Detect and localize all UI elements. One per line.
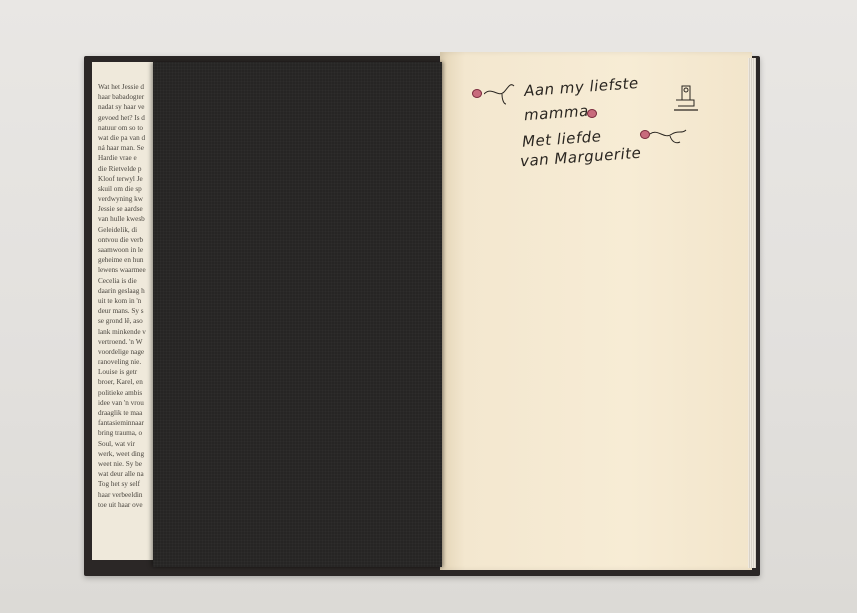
text-line: deur mans. Sy s: [98, 306, 158, 316]
vine-doodle-icon: [650, 126, 690, 148]
text-line: ná haar man. Se: [98, 143, 158, 153]
text-line: nadat sy haar ve: [98, 102, 158, 112]
text-line: skuil om die sp: [98, 184, 158, 194]
text-line: politieke ambis: [98, 388, 158, 398]
text-line: haar verbeeldin: [98, 490, 158, 500]
flower-doodle-icon: [472, 89, 482, 98]
text-line: Soul, wat vir: [98, 439, 158, 449]
text-line: wat deur alle na: [98, 469, 158, 479]
text-line: ranoveling nie.: [98, 357, 158, 367]
flower-doodle-icon: [587, 109, 597, 118]
text-line: voordelige nage: [98, 347, 158, 357]
text-line: Wat het Jessie d: [98, 82, 158, 92]
vine-doodle-icon: [484, 78, 524, 108]
text-line: Jessie se aardse: [98, 204, 158, 214]
text-line: se grond lê, aso: [98, 316, 158, 326]
text-line: Hardie vrae e: [98, 153, 158, 163]
text-line: bring trauma, o: [98, 428, 158, 438]
text-line: draaglik te maa: [98, 408, 158, 418]
text-line: daarin geslaag h: [98, 286, 158, 296]
text-line: gevoed het? Is d: [98, 113, 158, 123]
text-line: Kloof terwyl Je: [98, 174, 158, 184]
text-line: die Rietvelde p: [98, 164, 158, 174]
text-line: idee van 'n vrou: [98, 398, 158, 408]
text-line: geheime en hun: [98, 255, 158, 265]
text-line: Tog het sy self: [98, 479, 158, 489]
left-page-text: Wat het Jessie dhaar babadogternadat sy …: [98, 82, 158, 510]
page-edges: [748, 58, 756, 568]
text-line: Cecelia is die: [98, 276, 158, 286]
text-line: weet nie. Sy be: [98, 459, 158, 469]
flower-doodle-icon: [640, 130, 650, 139]
text-line: van hulle kwesb: [98, 214, 158, 224]
text-line: vertroend. 'n W: [98, 337, 158, 347]
text-line: werk, weet ding: [98, 449, 158, 459]
text-line: saamwoon in le: [98, 245, 158, 255]
text-line: Louise is getr: [98, 367, 158, 377]
text-line: broer, Karel, en: [98, 377, 158, 387]
text-line: verdwyning kw: [98, 194, 158, 204]
text-line: lank minkende v: [98, 327, 158, 337]
text-line: Geleidelik, di: [98, 225, 158, 235]
text-line: natuur om so to: [98, 123, 158, 133]
text-line: ontvou die verb: [98, 235, 158, 245]
dust-jacket-flap: [153, 62, 442, 567]
text-line: uit te kom in 'n: [98, 296, 158, 306]
text-line: fantasieminnaar: [98, 418, 158, 428]
text-line: toe uit haar ove: [98, 500, 158, 510]
text-line: lewens waarmee: [98, 265, 158, 275]
person-in-chair-doodle-icon: [672, 84, 700, 114]
text-line: haar babadogter: [98, 92, 158, 102]
text-line: wat die pa van d: [98, 133, 158, 143]
